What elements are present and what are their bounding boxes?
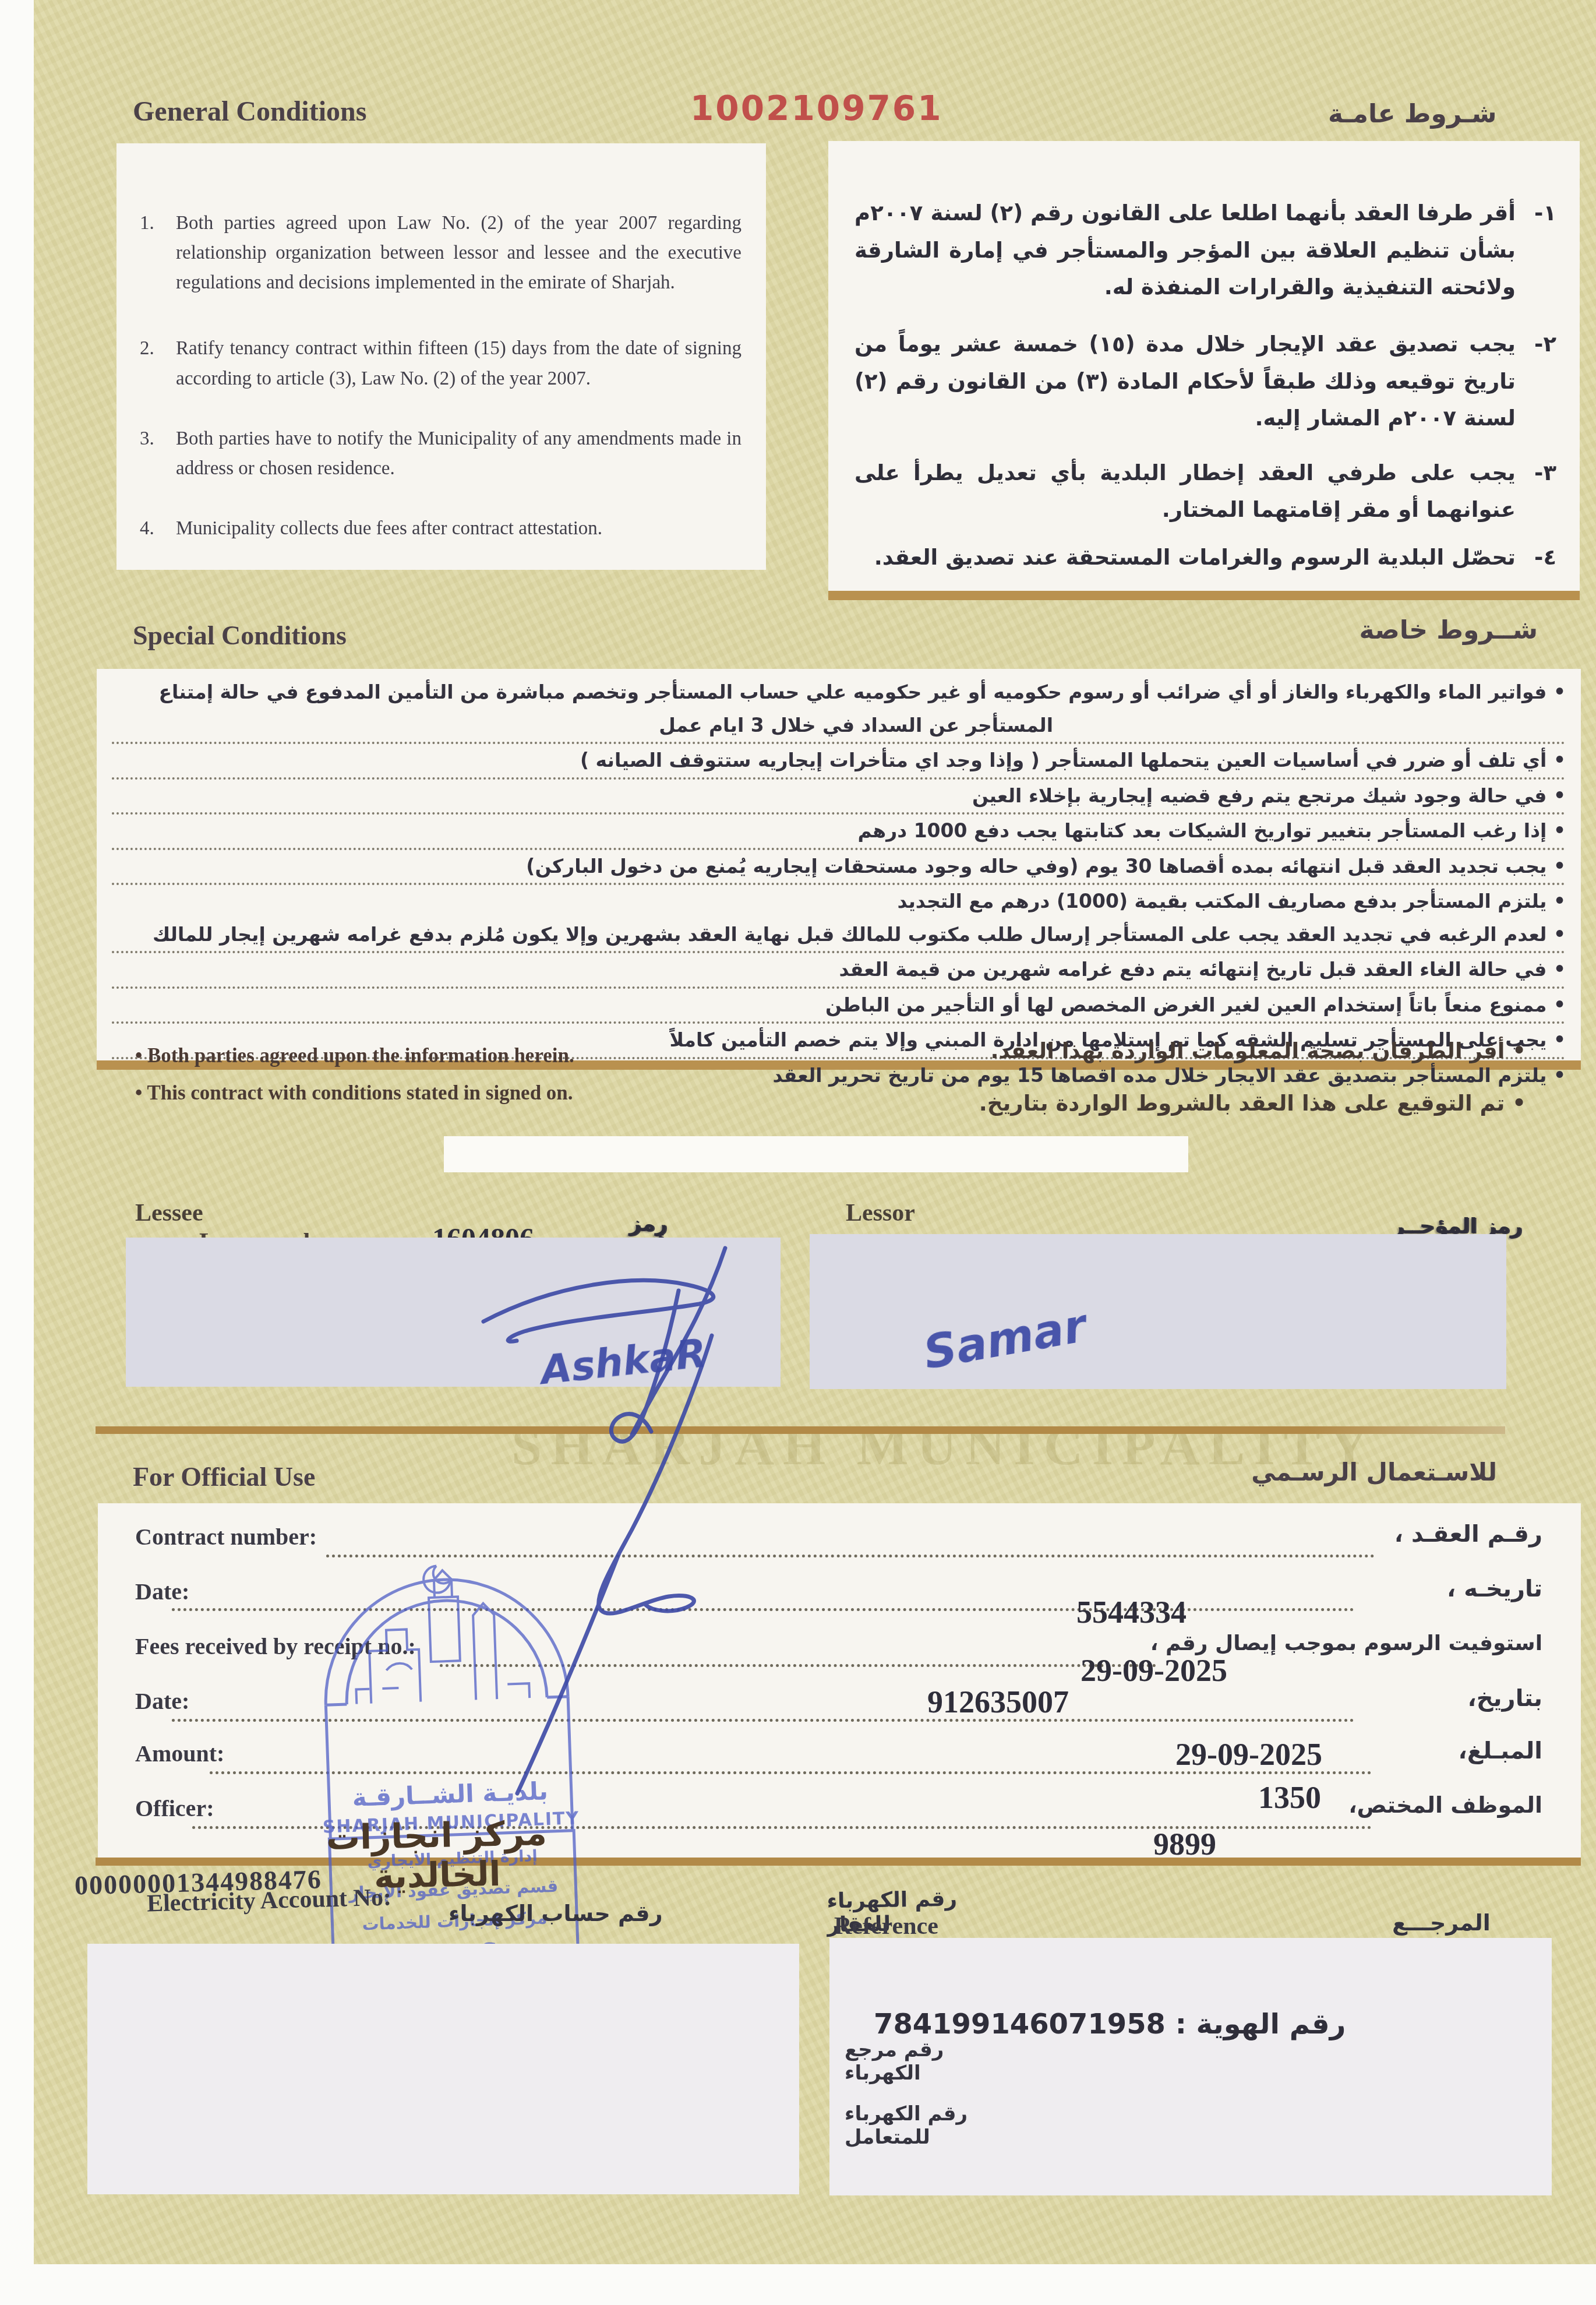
electricity-reference-label-ar: رقم مرجع الكهرباء — [845, 2038, 1008, 2085]
electricity-account-label-ar: رقم حساب الكهرباء — [449, 1901, 670, 1926]
identity-number-line: رقم الهوية : 784199146071958 — [874, 2008, 1398, 2040]
reference-label-ar: المرجـــع — [1392, 1910, 1491, 1936]
reference-label-en: Reference — [834, 1912, 938, 1940]
scanned-tenancy-contract-page: General Conditions 1002109761 شـروط عامـ… — [0, 0, 1596, 2305]
electricity-account-entry-box — [87, 1944, 799, 2194]
lessor-signature-name: Samar — [920, 1299, 1093, 1380]
lessee-signature-name: AshkaR — [536, 1331, 709, 1394]
customer-electricity-label-ar: رقم الكهرباء للمتعامل — [845, 2102, 1019, 2149]
